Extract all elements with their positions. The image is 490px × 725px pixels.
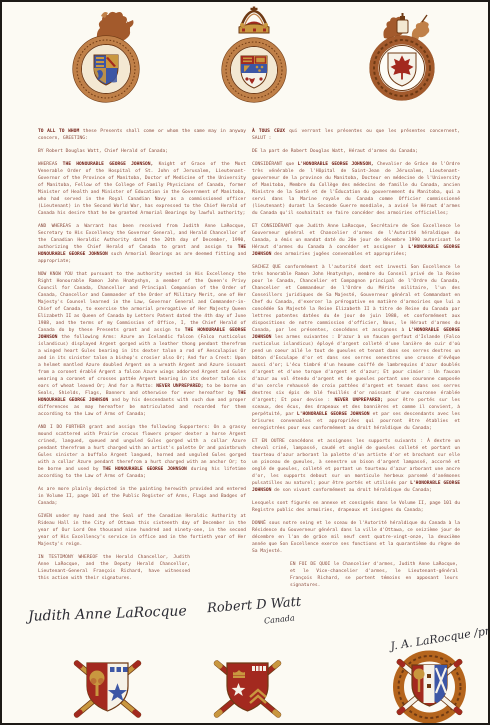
paragraph: AND I DO FURTHER grant and assign the fo… — [38, 424, 246, 480]
crown-icon — [239, 7, 269, 34]
herald-chancellor-badge-icon — [60, 644, 155, 725]
canada-arms-lion-unicorn-seal-icon — [350, 6, 455, 103]
paragraph: CONSIDÉRANT que L'HONORABLE GEORGE JOHNS… — [252, 161, 460, 217]
paragraph: DE la part de Robert Douglas Watt, Hérau… — [252, 148, 460, 155]
paragraph: TO ALL TO WHOM these Presents shall come… — [38, 128, 246, 142]
paragraph: SACHEZ QUE conformément à l'autorité don… — [252, 264, 460, 432]
english-column: TO ALL TO WHOM these Presents shall come… — [38, 128, 246, 588]
deputy-herald-chancellor-badge-icon — [382, 640, 477, 725]
paragraph: ET CONSIDÉRANT que Judith Anne LaRocque,… — [252, 223, 460, 258]
paragraph: DONNÉ sous notre seing et le sceau de l'… — [252, 520, 460, 555]
french-column: À TOUS CEUX qui verront les présentes ou… — [252, 128, 460, 595]
signature-chief-herald-canada: Canada — [264, 613, 295, 625]
paragraph: BY Robert Douglas Watt, Chief Herald of … — [38, 148, 246, 155]
paragraph: IN TESTIMONY WHEREOF the Herald Chancell… — [38, 554, 190, 582]
paragraph: As are more plainly depicted in the pain… — [38, 486, 246, 507]
herald-lion-crest-seal-icon — [54, 6, 159, 103]
royal-arms-crown-seal-icon — [202, 6, 307, 103]
paragraph: Lesquels sont figurés en annexe et consi… — [252, 500, 460, 514]
paragraph: NOW KNOW YOU that pursuant to the author… — [38, 271, 246, 418]
paragraph: À TOUS CEUX qui verront les présentes ou… — [252, 128, 460, 142]
paragraph: EN FOI DE QUOI le Chancelier d'armes, Ju… — [290, 561, 458, 589]
paragraph: AND WHEREAS a Warrant has been received … — [38, 223, 246, 265]
paragraph: ET EN OUTRE concédons et assignons les s… — [252, 438, 460, 494]
chief-herald-badge-icon — [200, 644, 295, 725]
unicorn-supporter-icon — [412, 15, 429, 40]
signature-herald-chancellor: Judith Anne LaRocque — [28, 603, 187, 625]
paragraph: WHEREAS THE HONOURABLE GEORGE JOHNSON, K… — [38, 161, 246, 217]
paragraph: GIVEN under my hand and the Seal of the … — [38, 513, 246, 548]
letters-patent-document: TO ALL TO WHOM these Presents shall come… — [0, 0, 490, 725]
